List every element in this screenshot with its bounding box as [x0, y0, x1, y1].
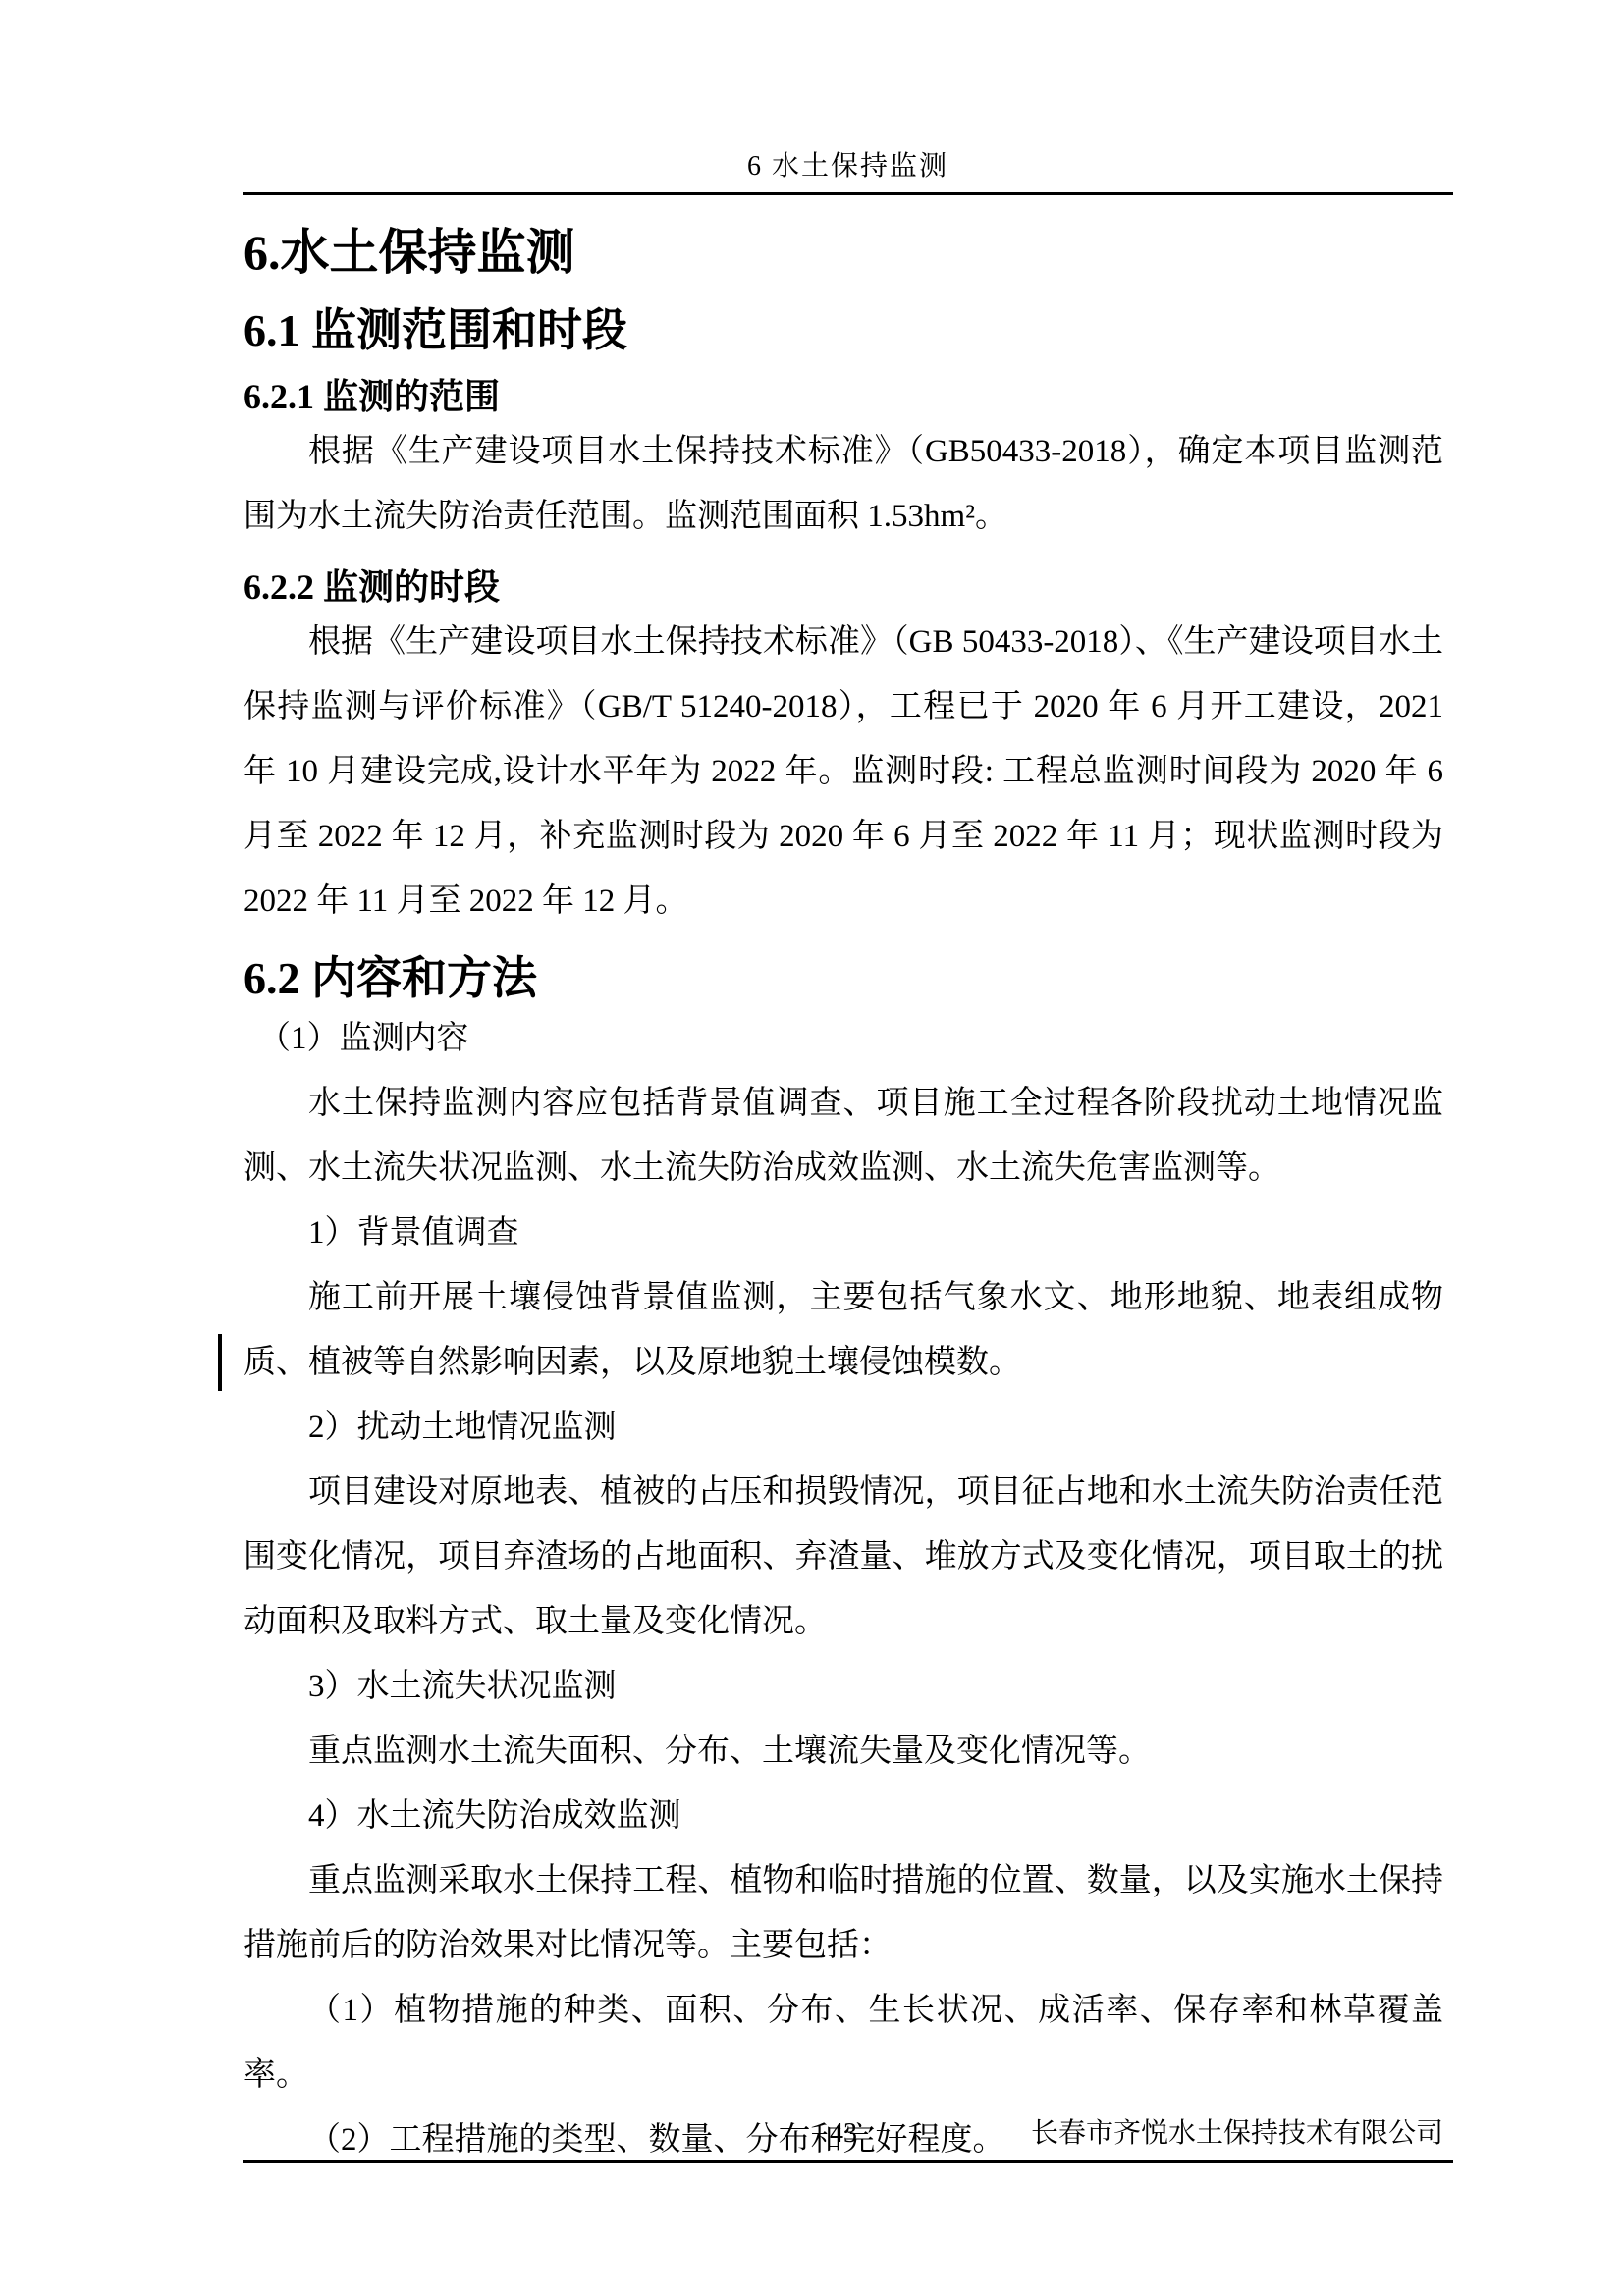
section-heading-6-2: 6.2 内容和方法	[244, 951, 1443, 1006]
paragraph-monitoring-scope: 根据《生产建设项目水土保持技术标准》（GB50433-2018），确定本项目监测…	[244, 419, 1443, 549]
page-number-value: 43	[830, 2118, 857, 2149]
list-item-label-disturbed-land: 2）扰动土地情况监测	[244, 1395, 1443, 1460]
list-label-monitoring-content: （1）监测内容	[244, 1006, 1443, 1071]
paragraph-background-survey-text: 施工前开展土壤侵蚀背景值监测，主要包括气象水文、地形地貌、地表组成物质、植被等自…	[244, 1280, 1443, 1380]
paragraph-soil-loss-status: 重点监测水土流失面积、分布、土壤流失量及变化情况等。	[244, 1719, 1443, 1784]
revision-bar	[218, 1334, 222, 1391]
paragraph-monitoring-content-intro: 水土保持监测内容应包括背景值调查、项目施工全过程各阶段扰动土地情况监测、水土流失…	[244, 1071, 1443, 1201]
paragraph-background-survey: 施工前开展土壤侵蚀背景值监测，主要包括气象水文、地形地貌、地表组成物质、植被等自…	[244, 1265, 1443, 1395]
subsection-heading-6-2-2: 6.2.2 监测的时段	[244, 564, 1443, 610]
paragraph-monitoring-period: 根据《生产建设项目水土保持技术标准》（GB 50433-2018）、《生产建设项…	[244, 610, 1443, 934]
page-header: 6 水土保持监测	[243, 149, 1453, 185]
paragraph-measure-point-plant: （1）植物措施的种类、面积、分布、生长状况、成活率、保存率和林草覆盖率。	[244, 1978, 1443, 2108]
chapter-title: 6.水土保持监测	[244, 223, 1443, 282]
footer-company: 长春市齐悦水土保持技术有限公司	[1031, 2116, 1443, 2152]
section-heading-6-1: 6.1 监测范围和时段	[244, 303, 1443, 358]
document-content: 6.水土保持监测 6.1 监测范围和时段 6.2.1 监测的范围 根据《生产建设…	[244, 193, 1443, 2172]
subsection-heading-6-2-1: 6.2.1 监测的范围	[244, 374, 1443, 419]
document-page: 6 水土保持监测 6.水土保持监测 6.1 监测范围和时段 6.2.1 监测的范…	[0, 0, 1624, 2296]
page-header-title: 6 水土保持监测	[747, 151, 948, 182]
list-item-label-soil-loss-status: 3）水土流失状况监测	[244, 1654, 1443, 1719]
paragraph-control-effect: 重点监测采取水土保持工程、植物和临时措施的位置、数量，以及实施水土保持措施前后的…	[244, 1848, 1443, 1978]
list-item-label-background-survey: 1）背景值调查	[244, 1201, 1443, 1265]
footer-rule	[243, 2160, 1453, 2163]
list-item-label-control-effect: 4）水土流失防治成效监测	[244, 1784, 1443, 1848]
paragraph-disturbed-land: 项目建设对原地表、植被的占压和损毁情况，项目征占地和水土流失防治责任范围变化情况…	[244, 1460, 1443, 1654]
